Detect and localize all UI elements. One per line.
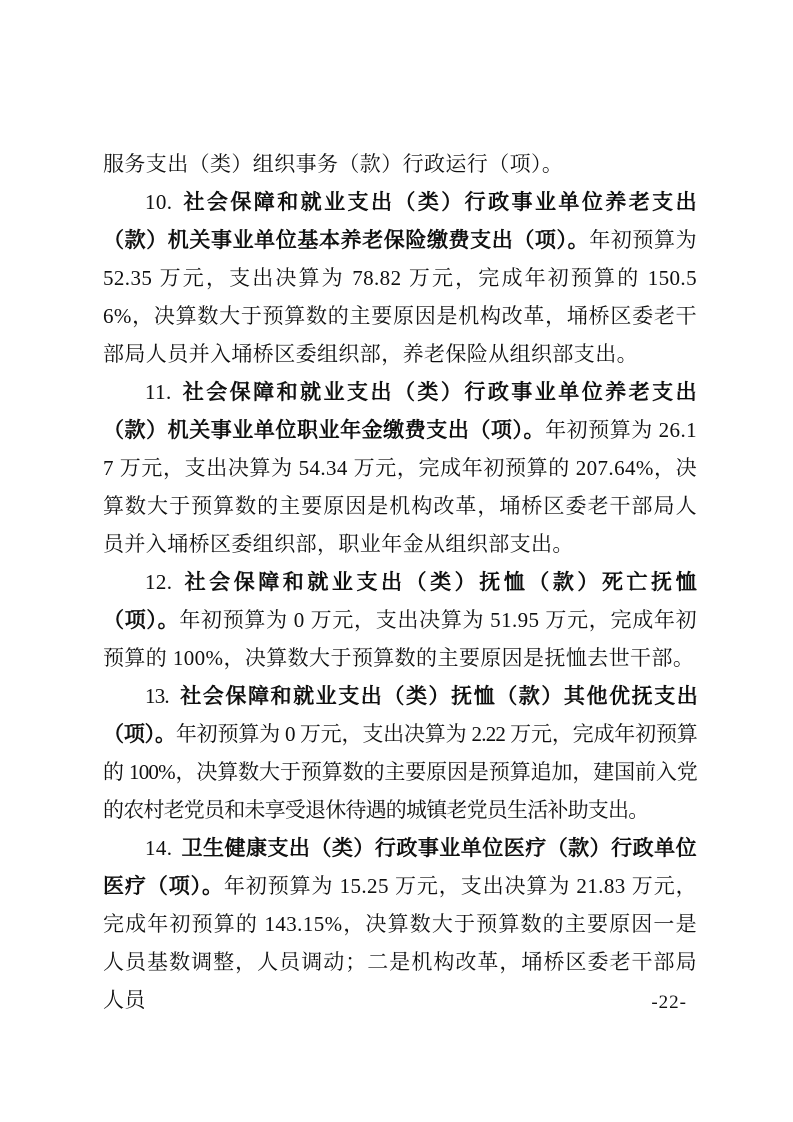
paragraph-item-10: 10.社会保障和就业支出（类）行政事业单位养老支出（款）机关事业单位基本养老保险… xyxy=(103,183,697,373)
item-body: 年初预算为 0 万元，支出决算为 51.95 万元，完成年初预算的 100%，决… xyxy=(103,608,697,670)
paragraph-text: 服务支出（类）组织事务（款）行政运行（项）。 xyxy=(103,152,563,176)
item-body: 年初预算为 0 万元，支出决算为 2.22 万元，完成年初预算的 100%，决算… xyxy=(103,722,697,822)
paragraph-item-12: 12.社会保障和就业支出（类）抚恤（款）死亡抚恤（项）。年初预算为 0 万元，支… xyxy=(103,563,697,677)
paragraph-item-14: 14.卫生健康支出（类）行政事业单位医疗（款）行政单位医疗（项）。年初预算为 1… xyxy=(103,829,697,1019)
page-number: -22- xyxy=(651,992,687,1013)
page-footer: -22- xyxy=(651,991,687,1015)
item-number: 12. xyxy=(145,570,172,594)
item-number: 14. xyxy=(145,836,172,860)
item-number: 13. xyxy=(145,684,169,708)
paragraph-item-11: 11.社会保障和就业支出（类）行政事业单位养老支出（款）机关事业单位职业年金缴费… xyxy=(103,373,697,563)
paragraph-continuation: 服务支出（类）组织事务（款）行政运行（项）。 xyxy=(103,145,697,183)
item-number: 11. xyxy=(145,380,172,404)
paragraph-item-13: 13.社会保障和就业支出（类）抚恤（款）其他优抚支出（项）。年初预算为 0 万元… xyxy=(103,677,697,829)
item-number: 10. xyxy=(145,190,172,214)
document-body: 服务支出（类）组织事务（款）行政运行（项）。 10.社会保障和就业支出（类）行政… xyxy=(103,145,697,1019)
document-page: 服务支出（类）组织事务（款）行政运行（项）。 10.社会保障和就业支出（类）行政… xyxy=(0,0,793,1122)
